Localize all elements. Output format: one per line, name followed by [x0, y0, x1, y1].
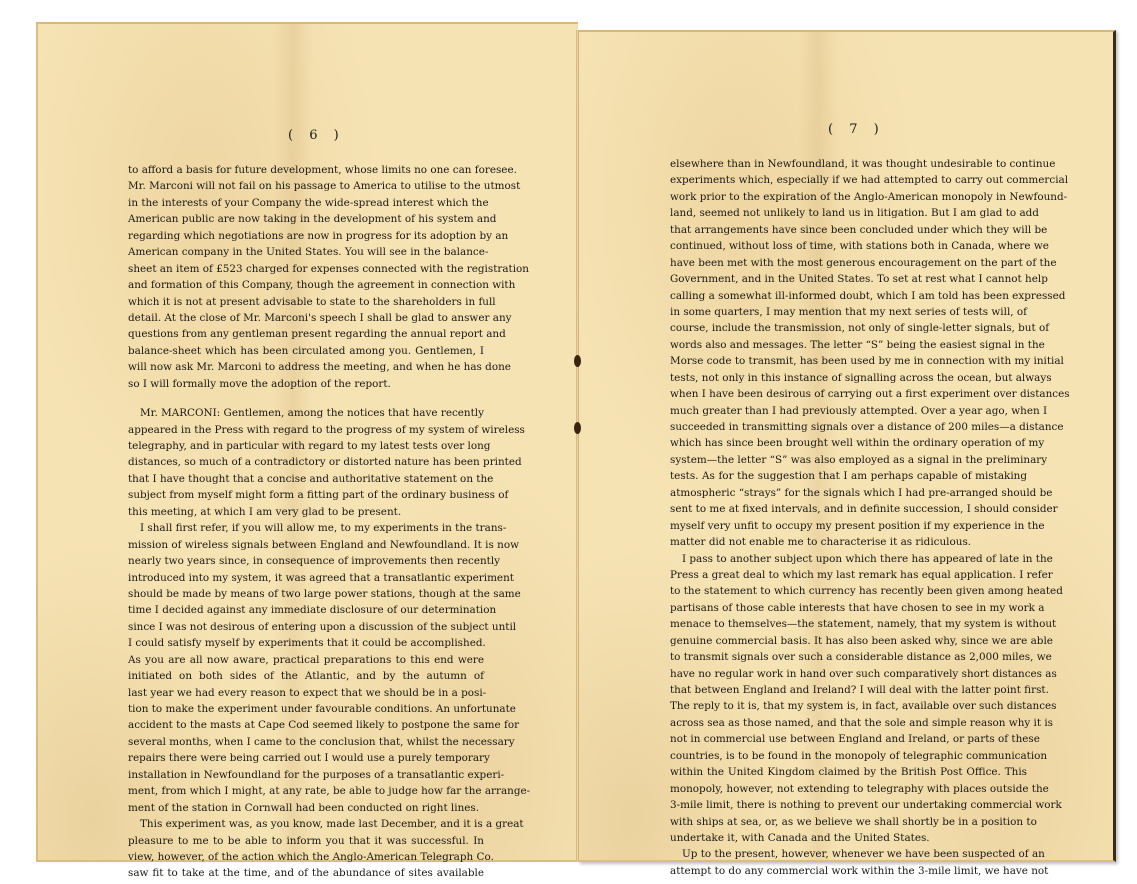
text-line: myself very unfit to occupy my present p… — [670, 518, 1027, 534]
text-line: which it is not at present advisable to … — [128, 294, 484, 310]
text-line: that arrangements have since been conclu… — [670, 222, 1027, 238]
text-line: and formation of this Company, though th… — [128, 277, 484, 293]
text-line: detail. At the close of Mr. Marconi's sp… — [128, 310, 484, 326]
text-line: installation in Newfoundland for the pur… — [128, 767, 484, 783]
text-line: telegraphy, and in particular with regar… — [128, 438, 484, 454]
paragraph-gap — [128, 392, 484, 405]
text-line: matter did not enable me to characterise… — [670, 534, 1027, 550]
text-line: American company in the United States. Y… — [128, 244, 484, 260]
text-line: experiments which, especially if we had … — [670, 172, 1027, 188]
text-line: time I decided against any immediate dis… — [128, 602, 484, 618]
text-line: succeeded in transmitting signals over a… — [670, 419, 1027, 435]
text-line: introduced into my system, it was agreed… — [128, 570, 484, 586]
paragraph: I shall first refer, if you will allow m… — [128, 520, 484, 816]
text-line: words also and messages. The letter “S” … — [670, 337, 1027, 353]
text-line: distances, so much of a contradictory or… — [128, 454, 484, 470]
page-body-text: elsewhere than in Newfoundland, it was t… — [670, 156, 1027, 879]
text-line: land, seemed not unlikely to land us in … — [670, 205, 1027, 221]
text-line: As you are all now aware, practical prep… — [128, 652, 484, 668]
text-line: saw fit to take at the time, and of the … — [128, 865, 484, 881]
text-line: I pass to another subject upon which the… — [670, 551, 1027, 567]
text-line: subject from myself might form a fitting… — [128, 487, 484, 503]
text-line: Press a great deal to which my last rema… — [670, 567, 1027, 583]
text-line: I could satisfy myself by experiments th… — [128, 635, 484, 651]
staple-bottom — [574, 422, 581, 434]
text-line: American public are now taking in the de… — [128, 211, 484, 227]
text-line: continued, without loss of time, with st… — [670, 238, 1027, 254]
text-line: Mr. MARCONI: Gentlemen, among the notice… — [128, 405, 484, 421]
paragraph: Up to the present, however, whenever we … — [670, 846, 1027, 879]
text-line: sent to me at fixed intervals, and in de… — [670, 501, 1027, 517]
text-line: so I will formally move the adoption of … — [128, 376, 484, 392]
text-line: with ships at sea, or, as we believe we … — [670, 814, 1027, 830]
text-line: calling a somewhat ill-informed doubt, w… — [670, 288, 1027, 304]
text-line: to the statement to which currency has r… — [670, 583, 1027, 599]
text-line: Morse code to transmit, has been used by… — [670, 353, 1027, 369]
text-line: partisans of those cable interests that … — [670, 600, 1027, 616]
text-line: system—the letter “S” was also employed … — [670, 452, 1027, 468]
text-line: menace to themselves—the statement, name… — [670, 616, 1027, 632]
text-line: view, however, of the action which the A… — [128, 849, 484, 865]
text-line: in some quarters, I may mention that my … — [670, 304, 1027, 320]
text-line: this meeting, at which I am very glad to… — [128, 504, 484, 520]
text-line: mission of wireless signals between Engl… — [128, 537, 484, 553]
text-line: regarding which negotiations are now in … — [128, 228, 484, 244]
text-line: should be made by means of two large pow… — [128, 586, 484, 602]
text-line: undertake it, with Canada and the United… — [670, 830, 1027, 846]
text-line: that between England and Ireland? I will… — [670, 682, 1027, 698]
paragraph: This experiment was, as you know, made l… — [128, 816, 484, 882]
text-line: nearly two years since, in consequence o… — [128, 553, 484, 569]
text-line: have no regular work in hand over such c… — [670, 666, 1027, 682]
text-line: across sea as those named, and that the … — [670, 715, 1027, 731]
paragraph: to afford a basis for future development… — [128, 162, 484, 392]
text-line: countries, is to be found in the monopol… — [670, 748, 1027, 764]
right-page: ( 7 ) elsewhere than in Newfoundland, it… — [578, 30, 1116, 862]
text-line: in the interests of your Company the wid… — [128, 195, 484, 211]
text-line: appeared in the Press with regard to the… — [128, 422, 484, 438]
text-line: Government, and in the United States. To… — [670, 271, 1027, 287]
text-line: last year we had every reason to expect … — [128, 685, 484, 701]
text-line: attempt to do any commercial work within… — [670, 863, 1027, 879]
text-line: will now ask Mr. Marconi to address the … — [128, 359, 484, 375]
text-line: Mr. Marconi will not fail on his passage… — [128, 178, 484, 194]
text-line: tests. As for the suggestion that I am p… — [670, 468, 1027, 484]
text-line: I shall first refer, if you will allow m… — [128, 520, 484, 536]
text-line: The reply to it is, that my system is, i… — [670, 698, 1027, 714]
text-line: sheet an item of £523 charged for expens… — [128, 261, 484, 277]
text-line: pleasure to me to be able to inform you … — [128, 833, 484, 849]
paragraph: I pass to another subject upon which the… — [670, 551, 1027, 847]
text-line: tests, not only in this instance of sign… — [670, 370, 1027, 386]
text-line: course, include the transmission, not on… — [670, 320, 1027, 336]
text-line: balance-sheet which has been circulated … — [128, 343, 484, 359]
text-line: to afford a basis for future development… — [128, 162, 484, 178]
text-line: ment, from which I might, at any rate, b… — [128, 783, 484, 799]
text-line: accident to the masts at Cape Cod seemed… — [128, 717, 484, 733]
paragraph: Mr. MARCONI: Gentlemen, among the notice… — [128, 405, 484, 520]
page-body-text: to afford a basis for future development… — [128, 162, 484, 882]
text-line: ment of the station in Cornwall had been… — [128, 800, 484, 816]
text-line: since I was not desirous of entering upo… — [128, 619, 484, 635]
text-line: This experiment was, as you know, made l… — [128, 816, 484, 832]
text-line: monopoly, however, not extending to tele… — [670, 781, 1027, 797]
text-line: not in commercial use between England an… — [670, 731, 1027, 747]
left-page: ( 6 ) to afford a basis for future devel… — [36, 22, 578, 862]
text-line: questions from any gentleman present reg… — [128, 326, 484, 342]
text-line: which has since been brought well within… — [670, 435, 1027, 451]
text-line: tion to make the experiment under favour… — [128, 701, 484, 717]
paragraph: elsewhere than in Newfoundland, it was t… — [670, 156, 1027, 551]
book-spine — [576, 30, 579, 862]
page-number: ( 6 ) — [288, 128, 345, 143]
text-line: much greater than I had previously attem… — [670, 403, 1027, 419]
text-line: initiated on both sides of the Atlantic,… — [128, 668, 484, 684]
page-number: ( 7 ) — [828, 122, 885, 137]
text-line: 3-mile limit, there is nothing to preven… — [670, 797, 1027, 813]
staple-top — [574, 355, 581, 367]
text-line: work prior to the expiration of the Angl… — [670, 189, 1027, 205]
text-line: that I have thought that a concise and a… — [128, 471, 484, 487]
text-line: Up to the present, however, whenever we … — [670, 846, 1027, 862]
text-line: to transmit signals over such a consider… — [670, 649, 1027, 665]
text-line: have been met with the most generous enc… — [670, 255, 1027, 271]
text-line: several months, when I came to the concl… — [128, 734, 484, 750]
text-line: atmospheric “strays” for the signals whi… — [670, 485, 1027, 501]
text-line: genuine commercial basis. It has also be… — [670, 633, 1027, 649]
text-line: repairs there were being carried out I w… — [128, 750, 484, 766]
text-line: elsewhere than in Newfoundland, it was t… — [670, 156, 1027, 172]
text-line: within the United Kingdom claimed by the… — [670, 764, 1027, 780]
text-line: when I have been desirous of carrying ou… — [670, 386, 1027, 402]
